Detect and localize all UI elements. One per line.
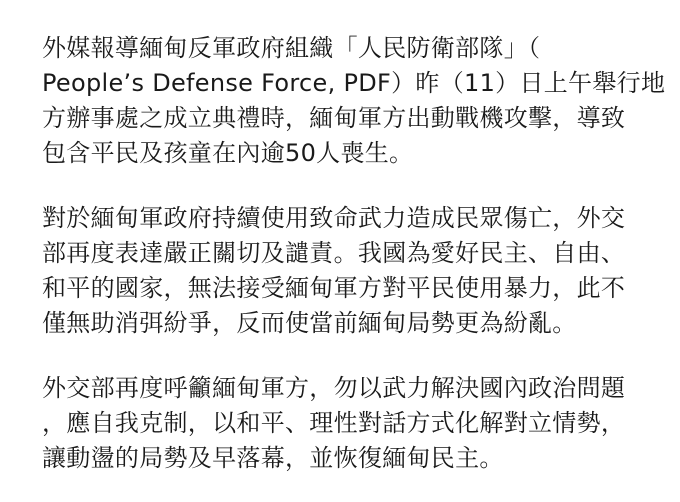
paragraph-line: 方辦事處之成立典禮時，緬甸軍方出動戰機攻擊，導致 bbox=[42, 101, 642, 136]
paragraph-line: 包含平民及孩童在內逾50人喪生。 bbox=[42, 136, 642, 171]
paragraph-line: 讓動盪的局勢及早落幕，並恢復緬甸民主。 bbox=[42, 441, 642, 476]
paragraph-line: People’s Defense Force, PDF）昨（11）日上午舉行地 bbox=[42, 66, 642, 101]
paragraph-line: 外交部再度呼籲緬甸軍方，勿以武力解決國內政治問題 bbox=[42, 371, 642, 406]
paragraph-1: 外媒報導緬甸反軍政府組織「人民防衛部隊」（ People’s Defense F… bbox=[42, 31, 642, 171]
paragraph-line: 對於緬甸軍政府持續使用致命武力造成民眾傷亡，外交 bbox=[42, 201, 642, 236]
statement-document: 外媒報導緬甸反軍政府組織「人民防衛部隊」（ People’s Defense F… bbox=[42, 31, 642, 502]
paragraph-line: ，應自我克制，以和平、理性對話方式化解對立情勢， bbox=[42, 406, 642, 441]
paragraph-2: 對於緬甸軍政府持續使用致命武力造成民眾傷亡，外交 部再度表達嚴正關切及譴責。我國… bbox=[42, 201, 642, 341]
paragraph-line: 和平的國家，無法接受緬甸軍方對平民使用暴力，此不 bbox=[42, 271, 642, 306]
paragraph-line: 部再度表達嚴正關切及譴責。我國為愛好民主、自由、 bbox=[42, 236, 642, 271]
paragraph-3: 外交部再度呼籲緬甸軍方，勿以武力解決國內政治問題 ，應自我克制，以和平、理性對話… bbox=[42, 371, 642, 476]
paragraph-line: 外媒報導緬甸反軍政府組織「人民防衛部隊」（ bbox=[42, 31, 642, 66]
paragraph-line: 僅無助消弭紛爭，反而使當前緬甸局勢更為紛亂。 bbox=[42, 306, 642, 341]
